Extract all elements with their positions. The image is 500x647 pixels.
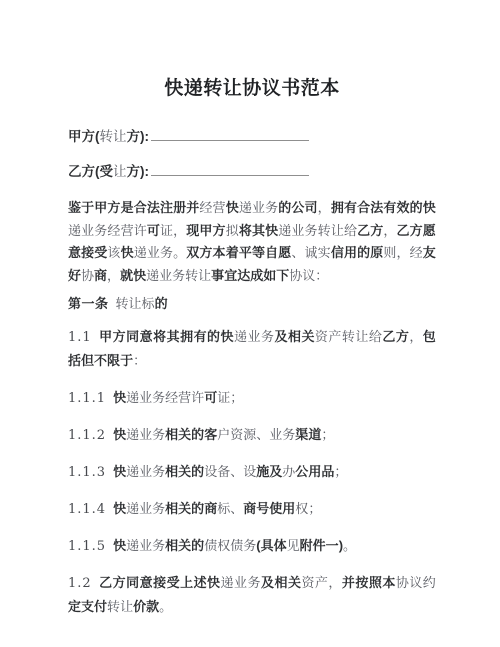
clause-number: 1.1.3 [68,465,106,480]
clauses-block: 1.1甲方同意将其拥有的快递业务及相关资产转让给乙方，包括但不限于：1.1.1快… [68,325,436,619]
document-title: 快递转让协议书范本 [68,76,436,100]
clause-text: 快递业务相关的商标、商号使用权； [113,501,321,516]
party-a-fill-line [151,128,309,141]
clause-number: 1.1.4 [68,502,106,517]
section-title: 转让标的 [116,296,168,311]
clause-1.1.5: 1.1.5快递业务相关的债权债务(具体见附件一)。 [68,534,436,558]
clause-number: 1.2 [68,576,92,591]
document-page: 快递转让协议书范本 甲方(转让方):乙方(受让方): 鉴于甲方是合法注册并经营快… [0,0,500,647]
section-heading: 第一条转让标的 [68,295,436,313]
clause-1.1: 1.1甲方同意将其拥有的快递业务及相关资产转让给乙方，包括但不限于： [68,325,436,373]
clause-text: 快递业务相关的客户资源、业务渠道； [113,427,334,442]
clause-number: 1.1 [68,330,92,345]
clause-1.1.1: 1.1.1快递业务经营许可证； [68,386,436,410]
clause-number: 1.1.1 [68,391,106,406]
clause-text: 甲方同意将其拥有的快递业务及相关资产转让给乙方，包括但不限于： [68,329,436,368]
preamble-paragraph: 鉴于甲方是合法注册并经营快递业务的公司，拥有合法有效的快递业务经营许可证，现甲方… [68,197,436,287]
clause-1.1.3: 1.1.3快递业务相关的设备、设施及办公用品； [68,460,436,484]
party-label: 甲方(转让方): [68,129,149,144]
clause-1.1.4: 1.1.4快递业务相关的商标、商号使用权； [68,497,436,521]
clause-number: 1.1.5 [68,539,106,554]
section-number: 第一条 [68,296,109,311]
clause-text: 乙方同意接受上述快递业务及相关资产，并按照本协议约定支付转让价款。 [68,575,436,614]
party-b-line: 乙方(受让方): [68,162,436,182]
party-a-line: 甲方(转让方): [68,127,436,147]
clause-text: 快递业务相关的债权债务(具体见附件一)。 [113,538,356,553]
party-b-fill-line [151,163,309,176]
party-label: 乙方(受让方): [68,164,149,179]
parties-block: 甲方(转让方):乙方(受让方): [68,127,436,182]
clause-number: 1.1.2 [68,428,106,443]
clause-1.1.2: 1.1.2快递业务相关的客户资源、业务渠道； [68,423,436,447]
clause-text: 快递业务经营许可证； [113,390,243,405]
clause-text: 快递业务相关的设备、设施及办公用品； [113,464,347,479]
clause-1.2: 1.2乙方同意接受上述快递业务及相关资产，并按照本协议约定支付转让价款。 [68,571,436,619]
